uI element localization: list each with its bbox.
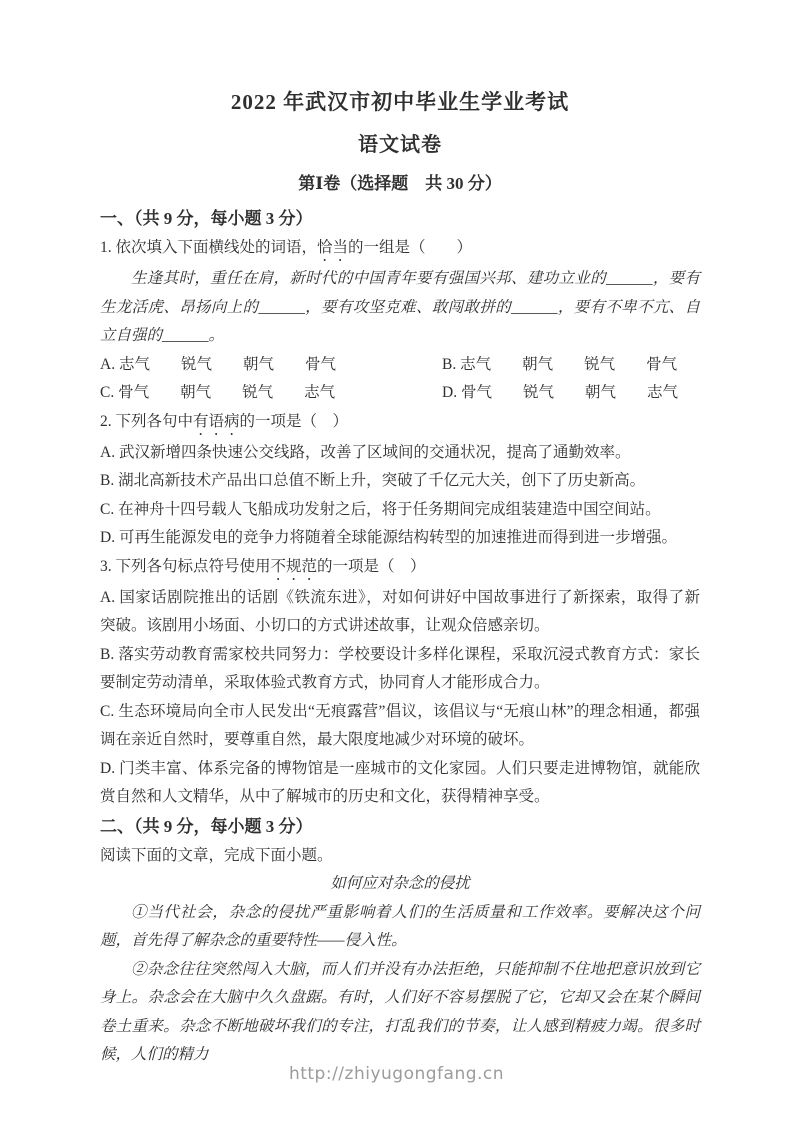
article-title: 如何应对杂念的侵扰 [100,870,700,899]
part-two-heading: 二、（共 9 分，每小题 3 分） [100,812,700,842]
q2-stem-emphasis: 有语病 [193,413,240,430]
q2-option-c: C. 在神舟十四号载人飞船成功发射之后，将于任务期间完成组装建造中国空间站。 [100,496,700,525]
q2-option-d: D. 可再生能源发电的竞争力将随着全球能源结构转型的加速推进而得到进一步增强。 [100,524,700,553]
q1-options: A. 志气 锐气 朝气 骨气 B. 志气 朝气 锐气 骨气 C. 骨气 朝气 锐… [100,351,700,408]
q1-option-a: A. 志气 锐气 朝气 骨气 [100,351,442,380]
subject-title: 语文试卷 [100,131,700,159]
part-one-heading: 一、（共 9 分，每小题 3 分） [100,204,700,234]
q3-stem-emphasis: 不规范 [271,558,318,575]
q2-option-b: B. 湖北高新技术产品出口总值不断上升，突破了千亿元大关，创下了历史新高。 [100,467,700,496]
q3-option-d: D. 门类丰富、体系完备的博物馆是一座城市的文化家园。人们只要走进博物馆，就能欣… [100,755,700,812]
q3-option-c: C. 生态环境局向全市人民发出“无痕露营”倡议，该倡议与“无痕山林”的理念相通，… [100,698,700,755]
q3-stem-post: 的一项是（ ） [317,558,426,575]
q2-stem-pre: 2. 下列各句中 [100,413,193,430]
q3-stem: 3. 下列各句标点符号使用不规范的一项是（ ） [100,553,700,584]
q1-stem: 1. 依次填入下面横线处的词语，恰当的一组是（ ） [100,234,700,265]
q1-option-d: D. 骨气 锐气 朝气 志气 [442,379,700,408]
q1-passage: 生逢其时，重任在肩，新时代的中国青年要有强国兴邦、建功立业的______，要有生… [100,265,700,351]
article-paragraph-2: ②杂念往往突然闯入大脑，而人们并没有办法拒绝，只能抑制不住地把意识放到它身上。杂… [100,956,700,1070]
q1-options-row-2: C. 骨气 朝气 锐气 志气 D. 骨气 锐气 朝气 志气 [100,379,700,408]
q3-stem-pre: 3. 下列各句标点符号使用 [100,558,271,575]
q1-stem-emphasis: 恰当 [317,239,348,256]
q1-option-c: C. 骨气 朝气 锐气 志气 [100,379,442,408]
q2-option-a: A. 武汉新增四条快速公交线路，改善了区域间的交通状况，提高了通勤效率。 [100,439,700,468]
q3-option-b: B. 落实劳动教育需家校共同努力：学校要设计多样化课程，采取沉浸式教育方式：家长… [100,641,700,698]
q3-option-a: A. 国家话剧院推出的话剧《铁流东进》，对如何讲好中国故事进行了新探索，取得了新… [100,584,700,641]
section1-header: 第Ⅰ卷（选择题 共 30 分） [100,171,700,197]
part-two-intro: 阅读下面的文章，完成下面小题。 [100,842,700,871]
q2-stem-post: 的一项是（ ） [240,413,349,430]
q1-stem-pre: 1. 依次填入下面横线处的词语， [100,239,317,256]
footer-watermark-url: http://zhiyugongfang.cn [0,1064,793,1084]
q2-stem: 2. 下列各句中有语病的一项是（ ） [100,408,700,439]
exam-page: 2022 年武汉市初中毕业生学业考试 语文试卷 第Ⅰ卷（选择题 共 30 分） … [0,0,793,1122]
q1-options-row-1: A. 志气 锐气 朝气 骨气 B. 志气 朝气 锐气 骨气 [100,351,700,380]
q1-option-b: B. 志气 朝气 锐气 骨气 [442,351,700,380]
exam-title: 2022 年武汉市初中毕业生学业考试 [100,88,700,116]
article-paragraph-1: ①当代社会，杂念的侵扰严重影响着人们的生活质量和工作效率。要解决这个问题，首先得… [100,899,700,956]
q1-stem-post: 的一组是（ ） [348,239,472,256]
